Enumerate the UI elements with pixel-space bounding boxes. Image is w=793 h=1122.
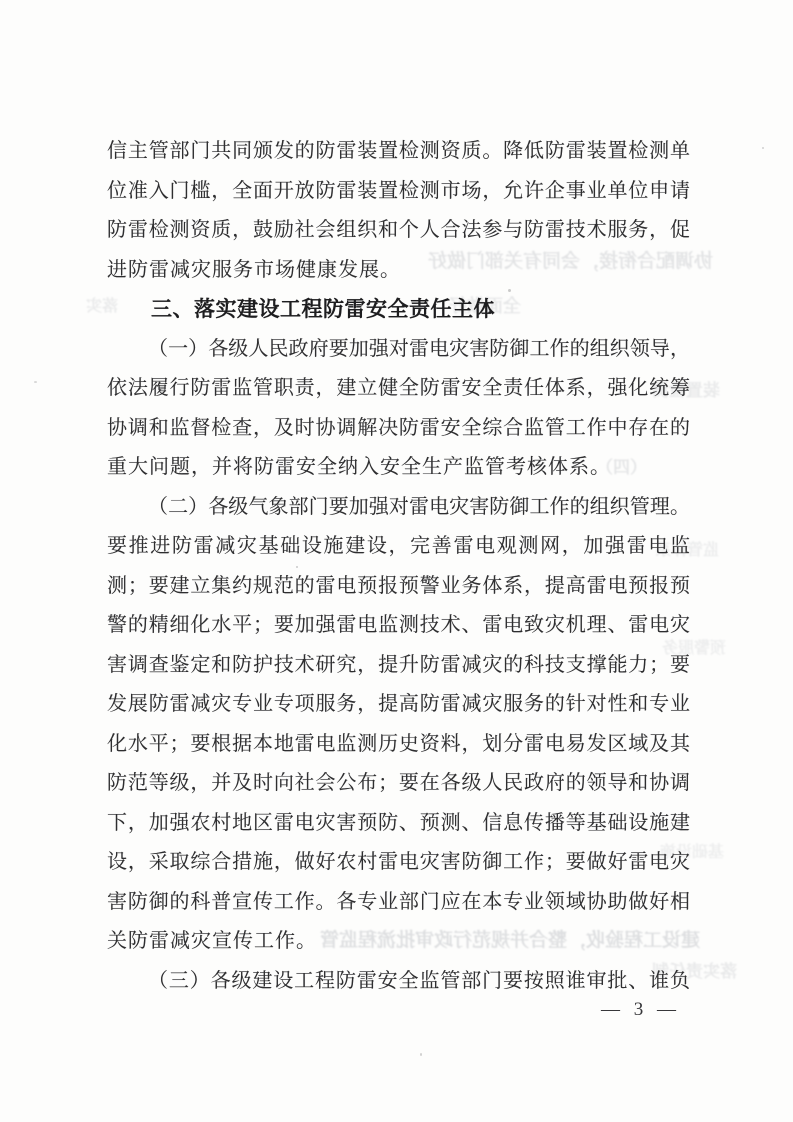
text-line: 进防雷减灾服务市场健康发展。 (107, 251, 690, 291)
text-line: 防范等级，并及时向社会公布；要在各级人民政府的领导和协调 (107, 764, 690, 804)
text-line: 防雷检测资质，鼓励社会组织和个人合法参与防雷技术服务，促 (107, 211, 690, 251)
scan-speck (420, 1053, 422, 1056)
text-line: （三）各级建设工程防雷安全监管部门要按照谁审批、谁负 (107, 962, 690, 1002)
text-line: 化水平；要根据本地雷电监测历史资料，划分雷电易发区域及其 (107, 725, 690, 765)
scan-speck (34, 381, 37, 383)
document-page: 协调配合衔接，会同有关部门做好 全面做好 落实 装置检测 （四） 监管体系 预警… (0, 0, 793, 1122)
text-line: 警的精细化水平；要加强雷电监测技术、雷电致灾机理、雷电灾 (107, 606, 690, 646)
paragraph-3: （三）各级建设工程防雷安全监管部门要按照谁审批、谁负 (107, 962, 690, 1002)
text-line: 重大问题，并将防雷安全纳入安全生产监管考核体系。 (107, 448, 690, 488)
text-line: 下，加强农村地区雷电灾害预防、预测、信息传播等基础设施建 (107, 804, 690, 844)
scan-speck (762, 147, 764, 149)
text-line: 害防御的科普宣传工作。各专业部门应在本专业领域协助做好相 (107, 883, 690, 923)
text-line: 设，采取综合措施，做好农村雷电灾害防御工作；要做好雷电灾 (107, 843, 690, 883)
text-line: 要推进防雷减灾基础设施建设，完善雷电观测网，加强雷电监 (107, 527, 690, 567)
text-line: 位准入门槛，全面开放防雷装置检测市场，允许企事业单位申请 (107, 172, 690, 212)
text-line: 依法履行防雷监管职责，建立健全防雷安全责任体系，强化统筹 (107, 369, 690, 409)
document-body: 信主管部门共同颁发的防雷装置检测资质。降低防雷装置检测单 位准入门槛，全面开放防… (107, 132, 690, 1001)
text-line: 信主管部门共同颁发的防雷装置检测资质。降低防雷装置检测单 (107, 132, 690, 172)
text-line: 测；要建立集约规范的雷电预报预警业务体系，提高雷电预报预 (107, 567, 690, 607)
section-heading: 三、落实建设工程防雷安全责任主体 (107, 290, 690, 330)
paragraph-continuation: 信主管部门共同颁发的防雷装置检测资质。降低防雷装置检测单 位准入门槛，全面开放防… (107, 132, 690, 290)
page-number: — 3 — (601, 998, 676, 1022)
text-line: 发展防雷减灾专业专项服务，提高防雷减灾服务的针对性和专业 (107, 685, 690, 725)
text-line: （二）各级气象部门要加强对雷电灾害防御工作的组织管理。 (107, 488, 690, 528)
text-line: 关防雷减灾宣传工作。 (107, 922, 690, 962)
text-line: 害调查鉴定和防护技术研究，提升防雷减灾的科技支撑能力；要 (107, 646, 690, 686)
paragraph-2: （二）各级气象部门要加强对雷电灾害防御工作的组织管理。 要推进防雷减灾基础设施建… (107, 488, 690, 962)
text-line: （一）各级人民政府要加强对雷电灾害防御工作的组织领导， (107, 330, 690, 370)
text-line: 协调和监督检查，及时协调解决防雷安全综合监管工作中存在的 (107, 409, 690, 449)
paragraph-1: （一）各级人民政府要加强对雷电灾害防御工作的组织领导， 依法履行防雷监管职责，建… (107, 330, 690, 488)
